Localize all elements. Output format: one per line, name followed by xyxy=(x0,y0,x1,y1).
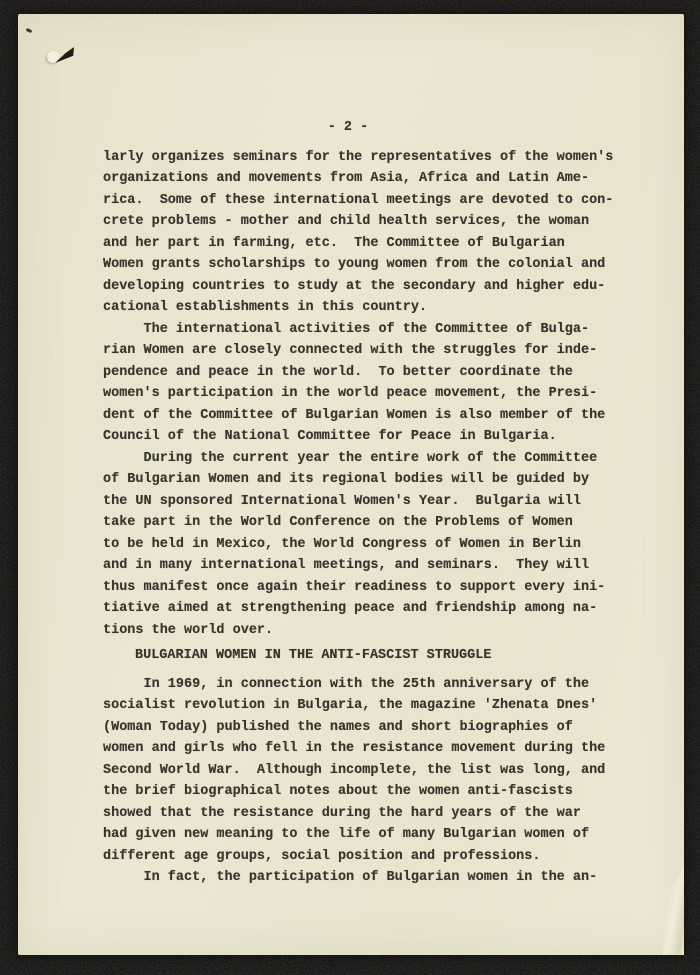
text-line: larly organizes seminars for the represe… xyxy=(103,147,627,169)
text-line: to be held in Mexico, the World Congress… xyxy=(103,534,627,556)
page-number: - 2 - xyxy=(69,117,627,139)
text-line: The international activities of the Comm… xyxy=(103,319,627,341)
text-line: women and girls who fell in the resistan… xyxy=(103,738,627,760)
corner-crease xyxy=(662,867,684,955)
text-line: During the current year the entire work … xyxy=(103,448,627,470)
text-line: developing countries to study at the sec… xyxy=(103,276,627,298)
paper-speck xyxy=(26,28,33,33)
text-line: different age groups, social position an… xyxy=(103,846,627,868)
text-line: (Woman Today) published the names and sh… xyxy=(103,717,627,739)
text-line: Women grants scholarships to young women… xyxy=(103,254,627,276)
text-line: crete problems - mother and child health… xyxy=(103,211,627,233)
text-line: showed that the resistance during the ha… xyxy=(103,803,627,825)
typewritten-text: - 2 - larly organizes seminars for the r… xyxy=(103,117,627,889)
scan-background: - 2 - larly organizes seminars for the r… xyxy=(0,0,700,975)
text-line: had given new meaning to the life of man… xyxy=(103,824,627,846)
text-line: thus manifest once again their readiness… xyxy=(103,577,627,599)
paragraphs-before-heading: larly organizes seminars for the represe… xyxy=(103,147,627,642)
document-page: - 2 - larly organizes seminars for the r… xyxy=(18,14,684,955)
paragraphs-after-heading: In 1969, in connection with the 25th ann… xyxy=(103,674,627,889)
text-line: socialist revolution in Bulgaria, the ma… xyxy=(103,695,627,717)
text-line: Council of the National Committee for Pe… xyxy=(103,426,627,448)
text-line: dent of the Committee of Bulgarian Women… xyxy=(103,405,627,427)
text-line: rian Women are closely connected with th… xyxy=(103,340,627,362)
text-line: tiative aimed at strengthening peace and… xyxy=(103,598,627,620)
text-line: the UN sponsored International Women's Y… xyxy=(103,491,627,513)
text-line: In 1969, in connection with the 25th ann… xyxy=(103,674,627,696)
section-heading: BULGARIAN WOMEN IN THE ANTI-FASCIST STRU… xyxy=(135,645,627,667)
text-line: tions the world over. xyxy=(103,620,627,642)
text-line: organizations and movements from Asia, A… xyxy=(103,168,627,190)
text-line: and her part in farming, etc. The Commit… xyxy=(103,233,627,255)
text-line: pendence and peace in the world. To bett… xyxy=(103,362,627,384)
text-line: take part in the World Conference on the… xyxy=(103,512,627,534)
text-line: of Bulgarian Women and its regional bodi… xyxy=(103,469,627,491)
text-line: In fact, the participation of Bulgarian … xyxy=(103,867,627,889)
text-line: rica. Some of these international meetin… xyxy=(103,190,627,212)
text-line: and in many international meetings, and … xyxy=(103,555,627,577)
text-line: the brief biographical notes about the w… xyxy=(103,781,627,803)
text-line: Second World War. Although incomplete, t… xyxy=(103,760,627,782)
text-line: women's participation in the world peace… xyxy=(103,383,627,405)
text-line: cational establishments in this country. xyxy=(103,297,627,319)
